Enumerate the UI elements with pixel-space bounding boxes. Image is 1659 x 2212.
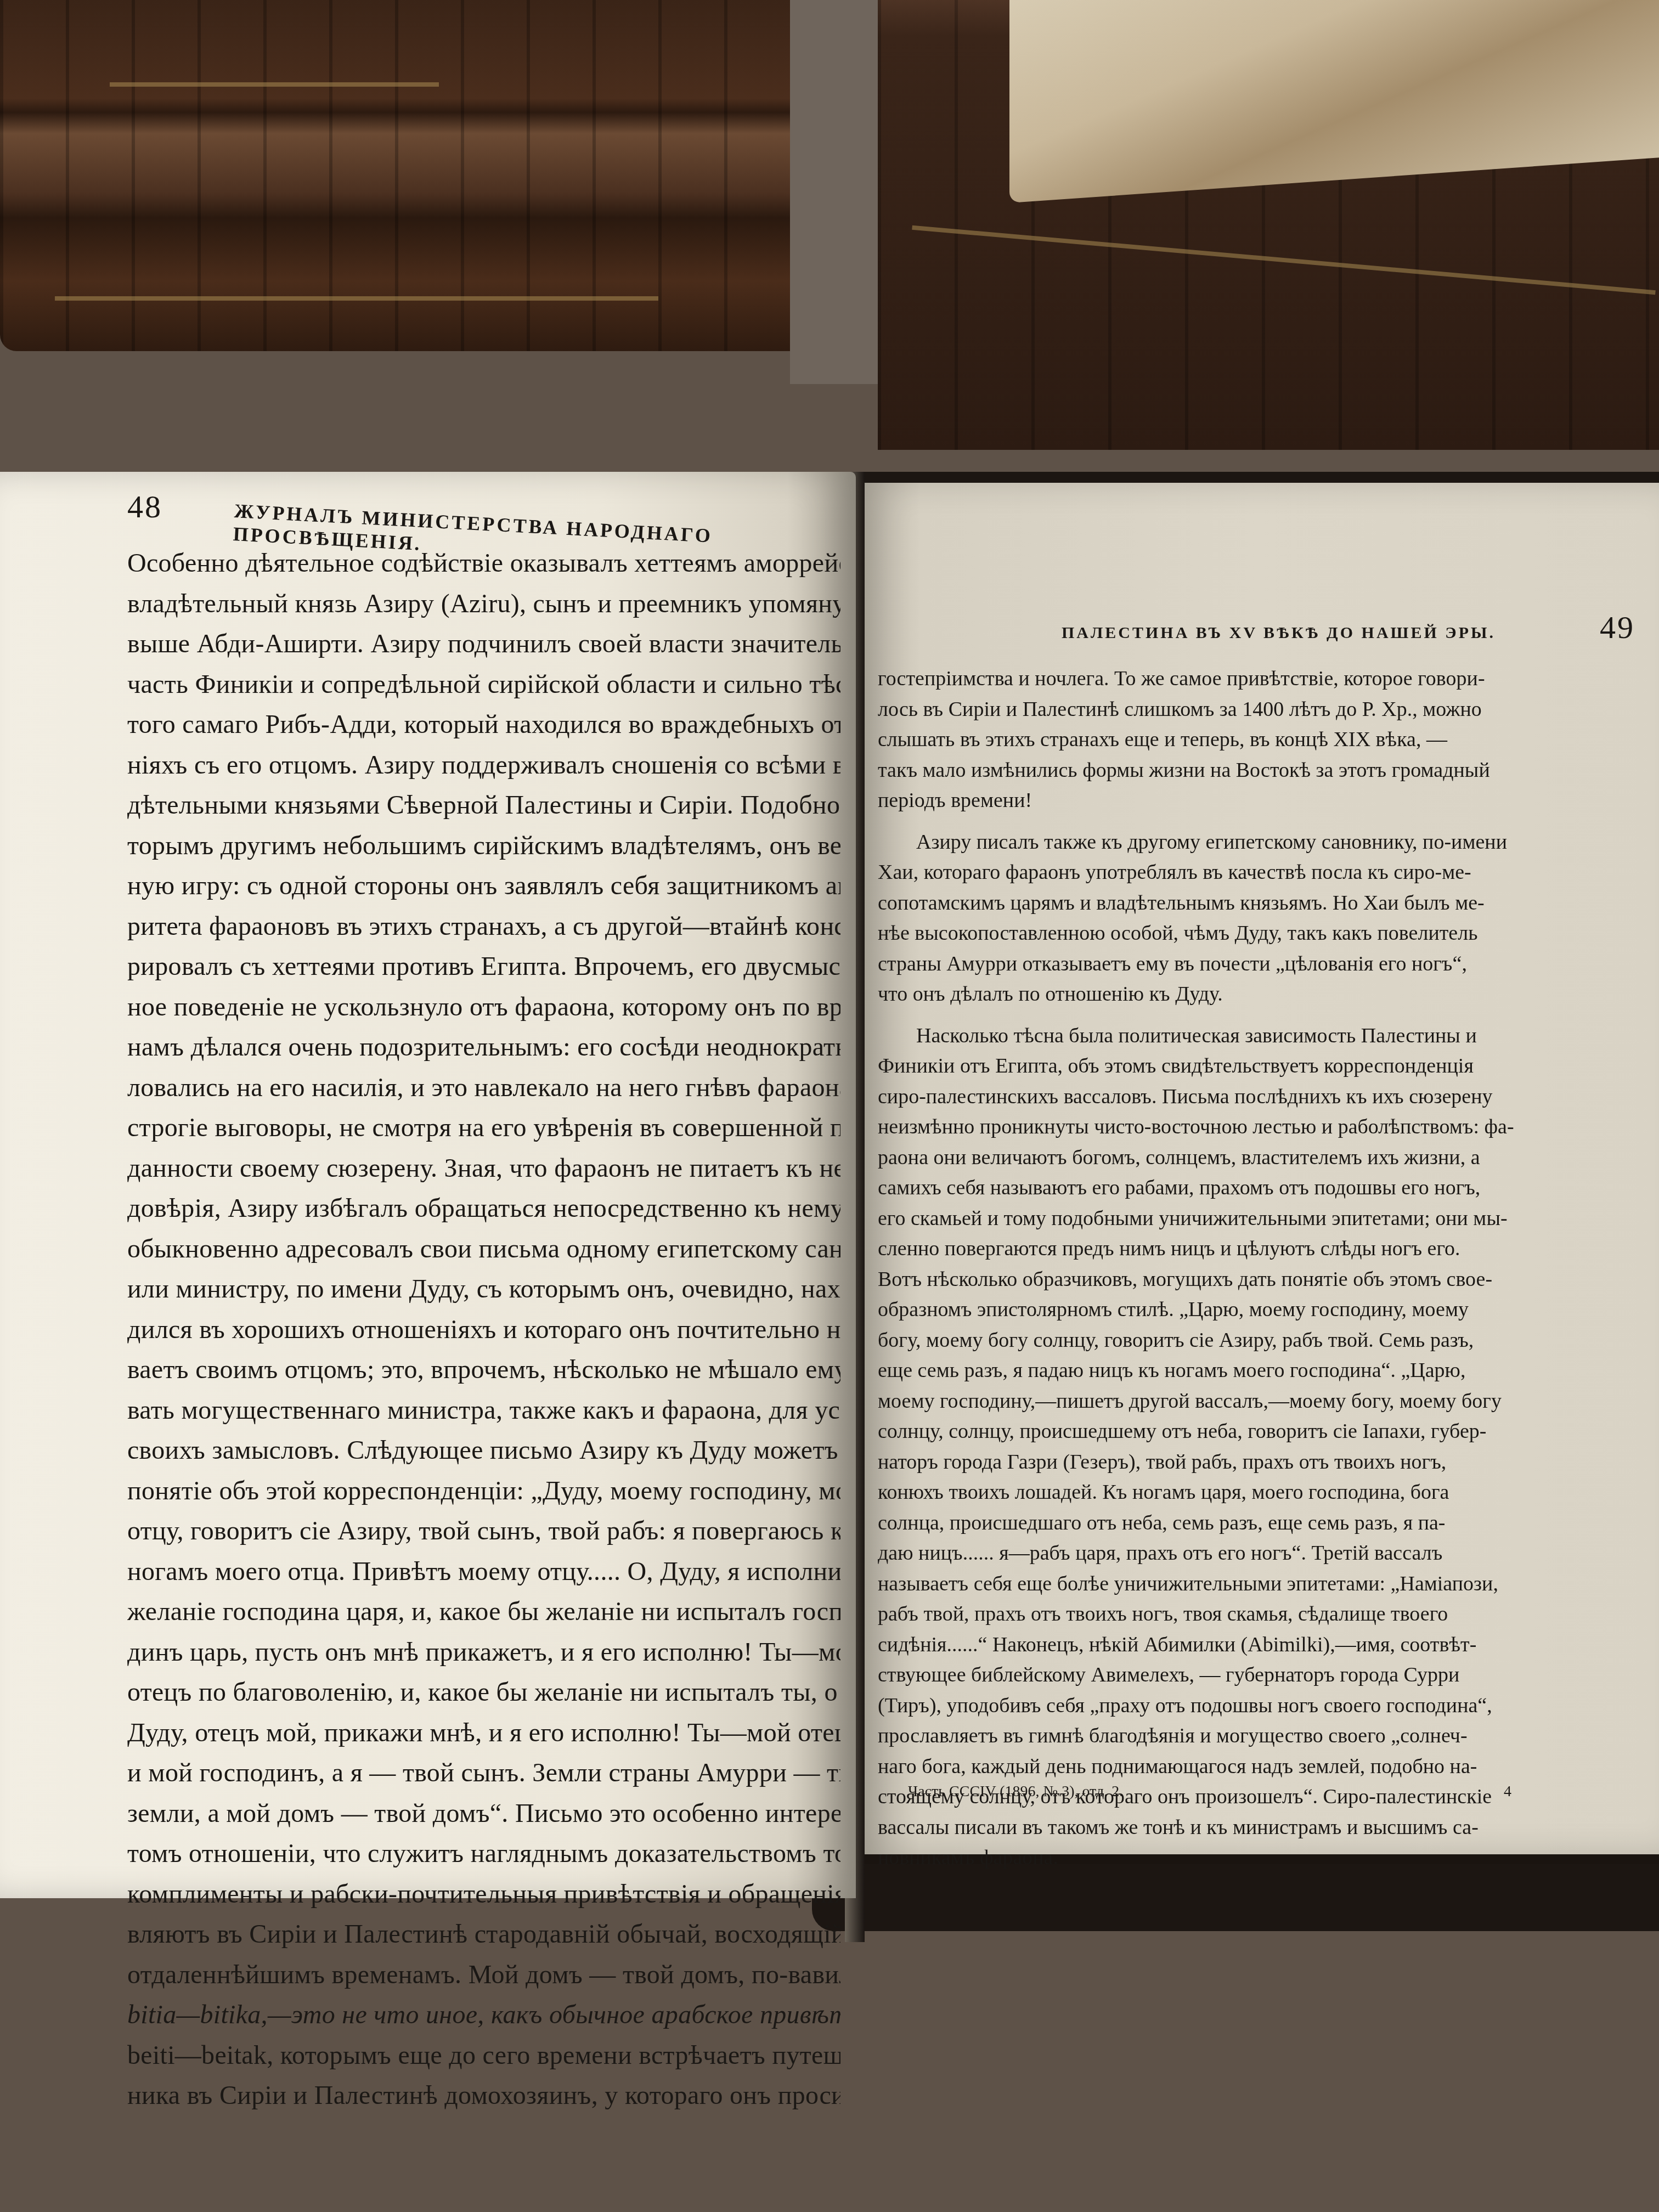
running-head-left: 48 ЖУРНАЛЪ МИНИСТЕРСТВА НАРОДНАГО ПРОСВѢ… — [127, 488, 851, 545]
text-line: дѣтельными князьями Сѣверной Палестины и… — [127, 785, 840, 826]
text-line: вать могущественнаго министра, также как… — [127, 1390, 840, 1431]
text-line: выше Абди-Аширти. Азиру подчинилъ своей … — [127, 624, 840, 664]
text-line: ловались на его насилія, и это навлекало… — [127, 1068, 840, 1108]
text-line: ника въ Сиріи и Палестинѣ домохозяинъ, у… — [127, 2075, 840, 2116]
text-line: часть Финикіи и сопредѣльной сирійской о… — [127, 664, 840, 705]
text-line: желаніе господина царя, и, какое бы жела… — [127, 1592, 840, 1632]
text-line: раона они величаютъ богомъ, солнцемъ, вл… — [878, 1143, 1607, 1173]
text-line: называетъ себя еще болѣе уничижительными… — [878, 1569, 1607, 1600]
text-line: самихъ себя называютъ его рабами, прахом… — [878, 1173, 1607, 1204]
text-line: солнца, происшедшаго отъ неба, семь разъ… — [878, 1508, 1607, 1539]
text-line: комплименты и рабски-почтительныя привѣт… — [127, 1874, 840, 1915]
gilt-band — [55, 296, 658, 301]
text-line: слышать въ этихъ странахъ еще и теперь, … — [878, 725, 1607, 755]
text-line: солнцу, солнцу, происшедшему отъ неба, г… — [878, 1417, 1607, 1447]
text-line: рабъ твой, прахъ отъ твоихъ ногъ, твоя с… — [878, 1599, 1607, 1630]
text-line: Вотъ нѣсколько образчиковъ, могущихъ дат… — [878, 1265, 1607, 1295]
text-line: вляютъ въ Сиріи и Палестинѣ стародавній … — [127, 1914, 840, 1955]
text-line: Азиру писалъ также къ другому египетском… — [878, 827, 1607, 858]
text-line: динъ царь, пусть онъ мнѣ прикажетъ, и я … — [127, 1632, 840, 1673]
right-page-body: гостепріимства и ночлега. То же самое пр… — [878, 664, 1607, 1874]
text-line: данности своему сюзерену. Зная, что фара… — [127, 1148, 840, 1189]
gilt-band — [110, 82, 439, 87]
stacked-leather-books-left — [0, 0, 790, 351]
text-line: отдаленнѣйшимъ временамъ. Мой домъ — тво… — [127, 1955, 840, 1995]
text-line: даю ницъ...... я—рабъ царя, прахъ отъ ег… — [878, 1538, 1607, 1569]
text-line: страны Амурри отказываетъ ему въ почести… — [878, 949, 1607, 980]
text-line: его скамьей и тому подобными уничижитель… — [878, 1204, 1607, 1234]
text-line: неизмѣнно проникнуты чисто-восточною лес… — [878, 1112, 1607, 1143]
text-line: или министру, по имени Дуду, съ которымъ… — [127, 1269, 840, 1310]
paragraph: Азиру писалъ также къ другому египетском… — [878, 827, 1607, 1010]
text-line: гостепріимства и ночлега. То же самое пр… — [878, 664, 1607, 695]
stacked-leather-books-right — [878, 0, 1659, 450]
paragraph: Насколько тѣсна была политическая зависи… — [878, 1021, 1607, 1874]
left-page-body: Особенно дѣятельное содѣйствіе оказывалъ… — [127, 543, 840, 2116]
text-line: сиро-палестинскихъ вассаловъ. Письма пос… — [878, 1082, 1607, 1113]
text-line: новникамъ фараона. — [878, 1843, 1607, 1874]
text-line: прославляетъ въ гимнѣ благодѣянія и могу… — [878, 1721, 1607, 1752]
text-line: строгіе выговоры, не смотря на его увѣре… — [127, 1108, 840, 1148]
text-line: довѣрія, Азиру избѣгалъ обращаться непос… — [127, 1188, 840, 1229]
text-line: владѣтельный князь Азиру (Aziru), сынъ и… — [127, 584, 840, 624]
text-line: намъ дѣлался очень подозрительнымъ: его … — [127, 1027, 840, 1068]
text-line: еще семь разъ, я падаю ницъ къ ногамъ мо… — [878, 1356, 1607, 1386]
text-line: такъ мало измѣнились формы жизни на Вост… — [878, 755, 1607, 786]
text-line: что онъ дѣлалъ по отношенію къ Дуду. — [878, 979, 1607, 1010]
text-line: вассалы писали въ такомъ же тонѣ и къ ми… — [878, 1813, 1607, 1843]
text-line: томъ отношеніи, что служитъ нагляднымъ д… — [127, 1833, 840, 1874]
text-line: богу, моему богу солнцу, говоритъ сіе Аз… — [878, 1325, 1607, 1356]
text-line: обыкновенно адресовалъ свои письма одном… — [127, 1229, 840, 1269]
text-line: (Тиръ), уподобивъ себя „праху отъ подошв… — [878, 1691, 1607, 1722]
right-page: ПАЛЕСТИНА ВЪ XV ВѢКѢ ДО НАШЕЙ ЭРЫ. 49 го… — [856, 483, 1659, 1864]
text-line: сопотамскимъ царямъ и владѣтельнымъ княз… — [878, 888, 1607, 919]
text-line: Дуду, отецъ мой, прикажи мнѣ, и я его ис… — [127, 1713, 840, 1753]
text-line: рировалъ съ хеттеями противъ Египта. Впр… — [127, 946, 840, 987]
text-line: моему господину,—пишетъ другой вассалъ,—… — [878, 1386, 1607, 1417]
page-number: 48 — [127, 488, 162, 525]
text-line: Насколько тѣсна была политическая зависи… — [878, 1021, 1607, 1052]
text-line: лось въ Сиріи и Палестинѣ слишкомъ за 14… — [878, 695, 1607, 725]
text-line: наторъ города Газри (Гезеръ), твой рабъ,… — [878, 1447, 1607, 1478]
text-line: своихъ замысловъ. Слѣдующее письмо Азиру… — [127, 1430, 840, 1471]
table-gap — [790, 0, 878, 384]
text-line: конюхъ твоихъ лошадей. Къ ногамъ царя, м… — [878, 1477, 1607, 1508]
text-line: періодъ времени! — [878, 786, 1607, 816]
text-line: нѣе высокопоставленною особой, чѣмъ Дуду… — [878, 918, 1607, 949]
page-number: 49 — [1600, 609, 1635, 646]
text-line: ное поведеніе не ускользнуло отъ фараона… — [127, 987, 840, 1028]
worn-pale-book — [1009, 0, 1659, 203]
text-line: отецъ по благоволенію, и, какое бы желан… — [127, 1672, 840, 1713]
text-line: Особенно дѣятельное содѣйствіе оказывалъ… — [127, 543, 840, 584]
text-line: Хаи, котораго фараонъ употреблялъ въ кач… — [878, 857, 1607, 888]
text-line: ногамъ моего отца. Привѣтъ моему отцу...… — [127, 1551, 840, 1592]
text-line: ную игру: съ одной стороны онъ заявлялъ … — [127, 866, 840, 906]
running-head-title: ПАЛЕСТИНА ВЪ XV ВѢКѢ ДО НАШЕЙ ЭРЫ. — [1062, 624, 1496, 642]
text-line: Финикіи отъ Египта, объ этомъ свидѣтельс… — [878, 1051, 1607, 1082]
text-line: торымъ другимъ небольшимъ сирійскимъ вла… — [127, 826, 840, 866]
text-line: beiti—beitak, которымъ еще до сего време… — [127, 2035, 840, 2076]
sheet-number: 4 — [1504, 1783, 1511, 1801]
text-line: ніяхъ съ его отцомъ. Азиру поддерживалъ … — [127, 745, 840, 786]
gilt-band — [912, 225, 1656, 295]
text-line: земли, а мой домъ — твой домъ“. Письмо э… — [127, 1793, 840, 1834]
text-line: ваетъ своимъ отцомъ; это, впрочемъ, нѣск… — [127, 1350, 840, 1390]
printer-signature: Часть CCCIV (1896, № 3), отд. 2. 4 — [908, 1783, 1511, 1801]
text-line: и мой господинъ, а я — твой сынъ. Земли … — [127, 1753, 840, 1793]
paragraph: гостепріимства и ночлега. То же самое пр… — [878, 664, 1607, 816]
signature-mark: Часть CCCIV (1896, № 3), отд. 2. — [908, 1783, 1123, 1801]
text-line: наго бога, каждый день поднимающагося на… — [878, 1752, 1607, 1782]
text-line: дился въ хорошихъ отношеніяхъ и котораго… — [127, 1310, 840, 1350]
text-line: того самаго Рибъ-Адди, который находился… — [127, 704, 840, 745]
text-line: сидѣнія......“ Наконецъ, нѣкій Абимилки … — [878, 1630, 1607, 1661]
photo-scene: ПАЛЕСТИНА ВЪ XV ВѢКѢ ДО НАШЕЙ ЭРЫ. 49 го… — [0, 0, 1659, 2212]
text-line: отцу, говоритъ сіе Азиру, твой сынъ, тво… — [127, 1511, 840, 1551]
text-line: сленно повергаются предъ нимъ ницъ и цѣл… — [878, 1234, 1607, 1265]
text-line: понятіе объ этой корреспонденціи: „Дуду,… — [127, 1471, 840, 1511]
text-line: образномъ эпистолярномъ стилѣ. „Царю, мо… — [878, 1295, 1607, 1325]
running-head-right: ПАЛЕСТИНА ВЪ XV ВѢКѢ ДО НАШЕЙ ЭРЫ. 49 — [889, 609, 1635, 646]
left-page: 48 ЖУРНАЛЪ МИНИСТЕРСТВА НАРОДНАГО ПРОСВѢ… — [0, 472, 856, 1898]
text-line: ритета фараоновъ въ этихъ странахъ, а съ… — [127, 906, 840, 947]
text-line: ствующее библейскому Авимелехъ, — губерн… — [878, 1660, 1607, 1691]
text-line: bitia—bitika,—это не что иное, какъ обыч… — [127, 1995, 840, 2035]
